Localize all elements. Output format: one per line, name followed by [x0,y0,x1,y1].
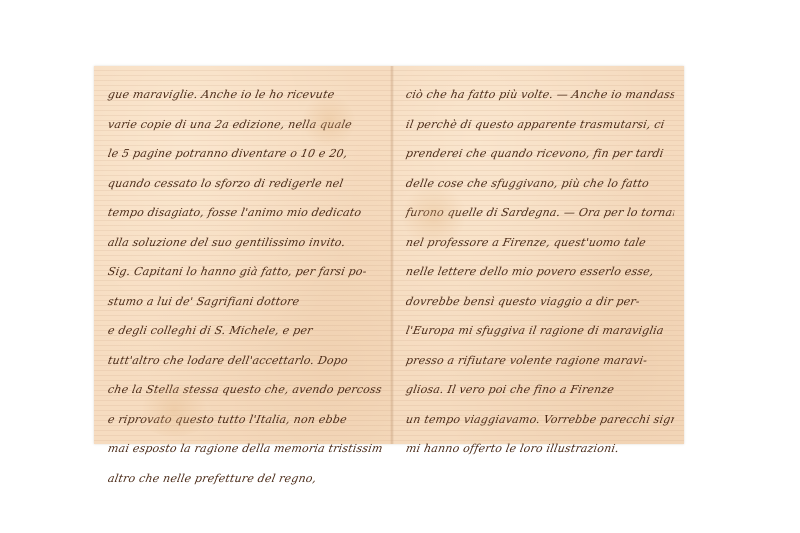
handwritten-line: le 5 pagine potranno diventare o 10 e 20… [105,139,384,169]
handwritten-line: mai esposto la ragione della memoria tri… [105,434,384,464]
handwritten-line: l'Europa mi sfuggiva il ragione di marav… [403,316,676,346]
handwritten-line: prenderei che quando ricevono, fin per t… [403,139,676,169]
handwritten-line: quando cessato lo sforzo di redigerle ne… [105,169,384,199]
handwritten-line: nelle lettere dello mio povero esserlo e… [403,257,676,287]
handwritten-line: alla soluzione del suo gentilissimo invi… [105,228,384,258]
paper-stain [399,186,469,246]
paper-stain [299,96,359,146]
handwritten-line: mi hanno offerto le loro illustrazioni. [403,434,676,464]
handwritten-line: Sig. Capitani lo hanno già fatto, per fa… [105,257,384,287]
handwritten-line: gliosa. Il vero poi che fino a Firenze [403,375,676,405]
right-page: ciò che ha fatto più volte. — Anche io m… [392,66,684,444]
letter-sheet: gue maraviglie. Anche io le ho ricevute … [94,66,684,444]
handwritten-line: presso a rifiutare volente ragione marav… [403,346,676,376]
handwritten-line: altro che nelle prefetture del regno, [105,464,384,494]
handwritten-line: stumo a lui de' Sagrifiani dottore [105,287,384,317]
handwritten-line: un tempo viaggiavamo. Vorrebbe parecchi … [403,405,676,435]
handwritten-line: tutt'altro che lodare dell'accettarlo. D… [105,346,384,376]
handwritten-line: e degli colleghi di S. Michele, e per [105,316,384,346]
paper-stain [134,386,214,436]
handwritten-line: il perchè di questo apparente trasmutars… [403,110,676,140]
handwritten-line: ciò che ha fatto più volte. — Anche io m… [403,80,676,110]
handwritten-line: tempo disagiato, fosse l'animo mio dedic… [105,198,384,228]
center-fold [390,66,394,444]
handwritten-line: dovrebbe bensì questo viaggio a dir per- [403,287,676,317]
